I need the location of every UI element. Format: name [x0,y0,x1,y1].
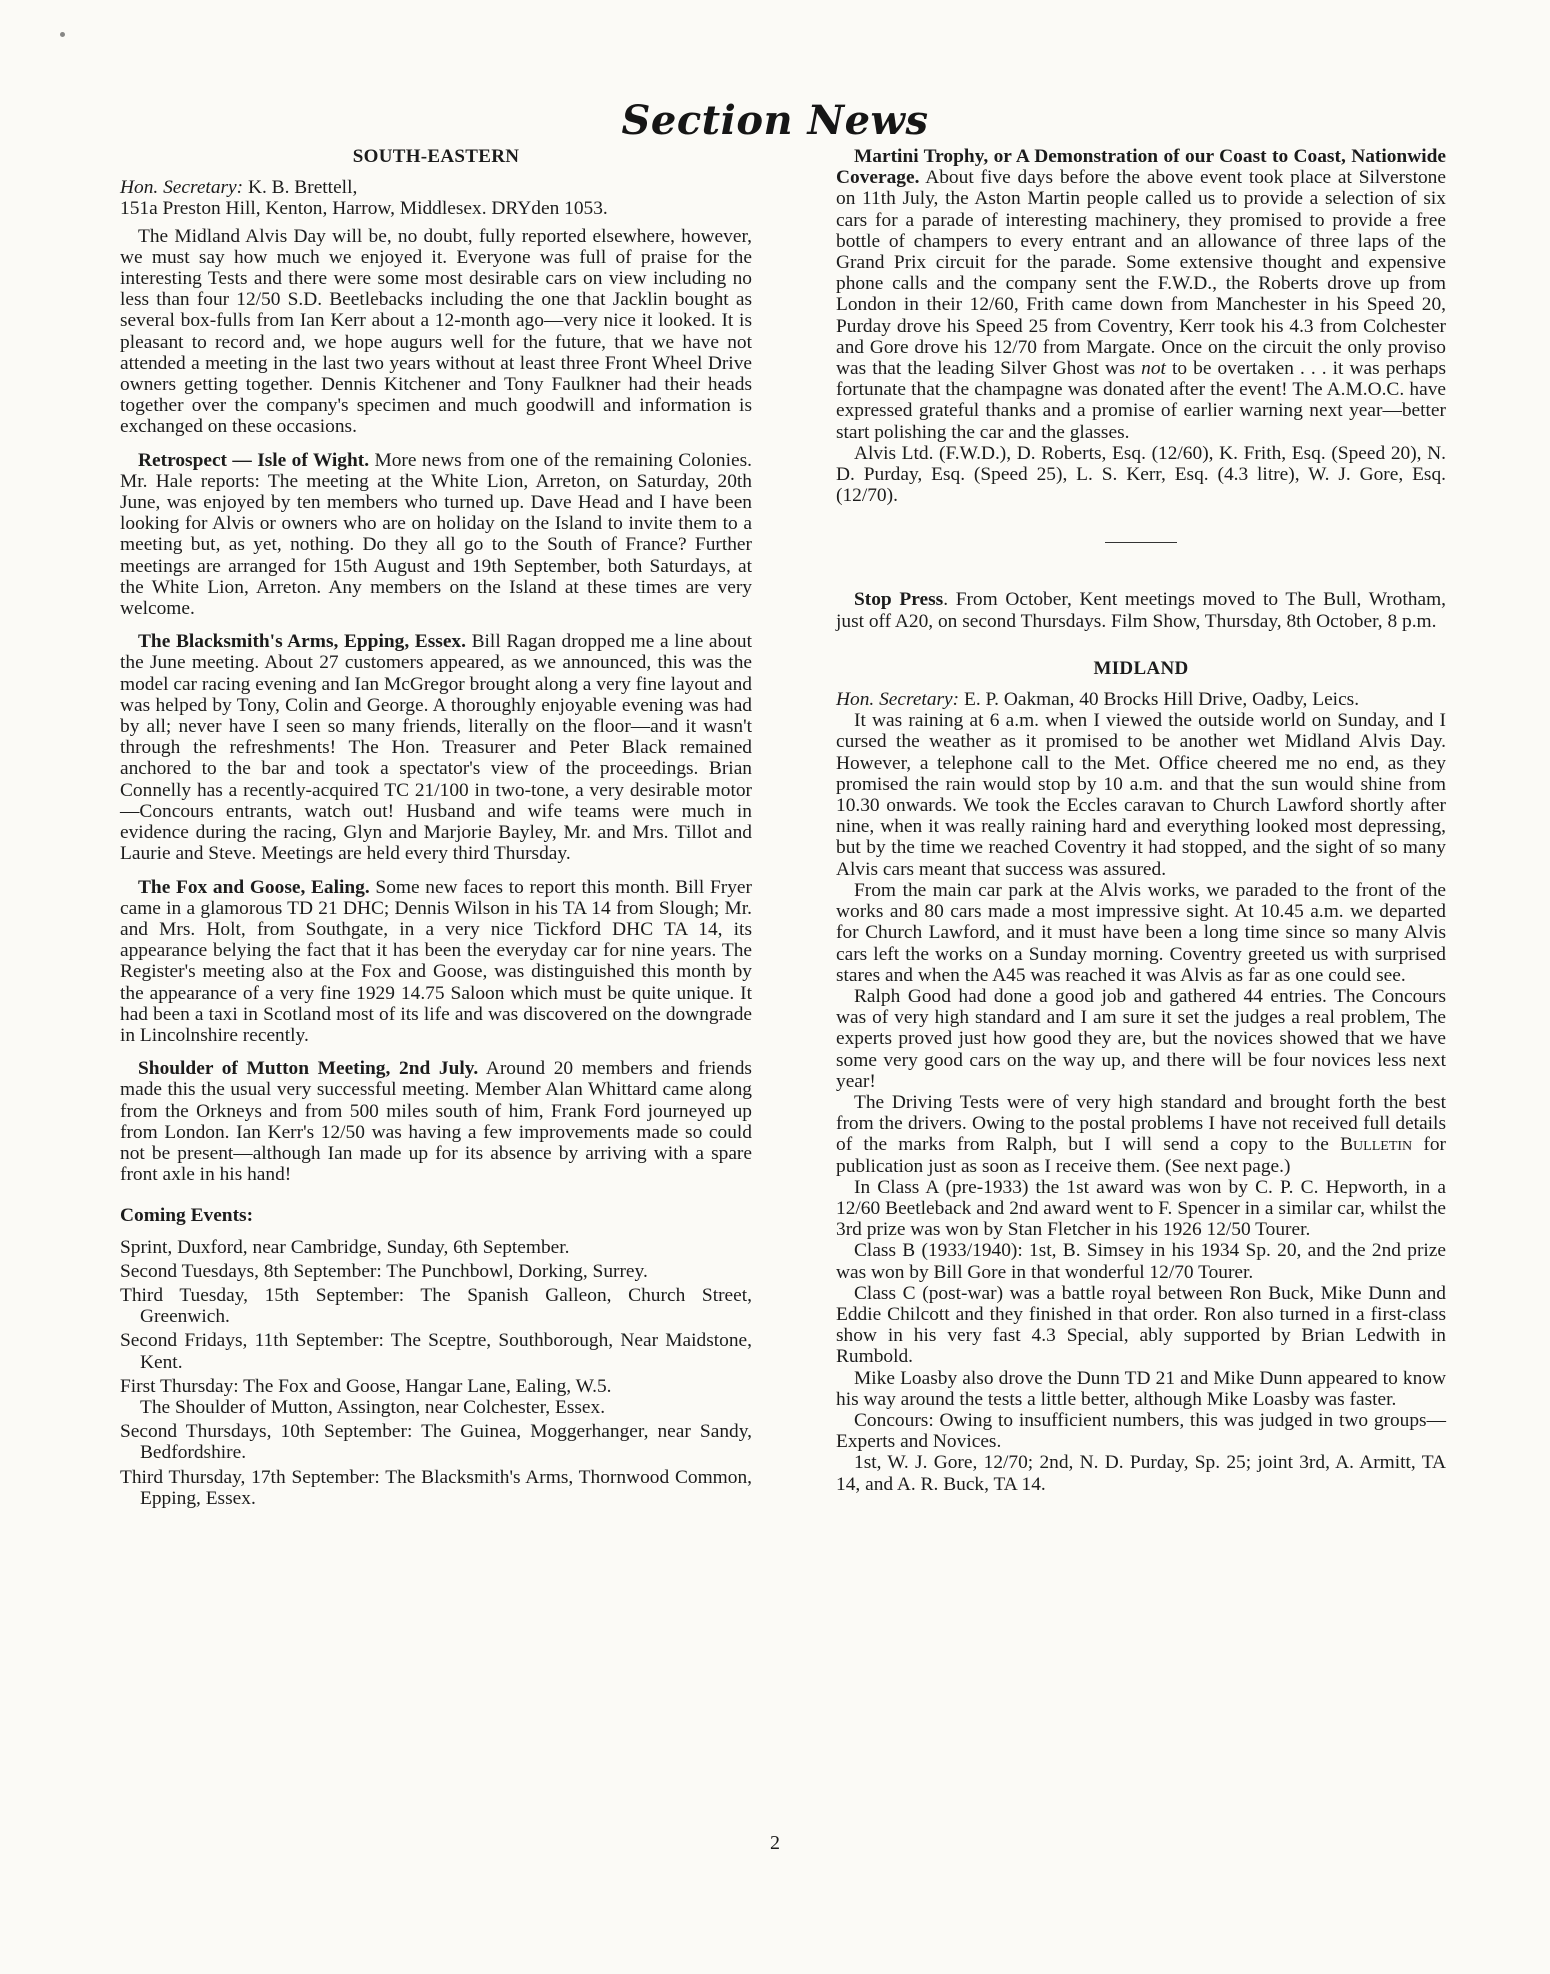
midland-secretary: Hon. Secretary: E. P. Oakman, 40 Brocks … [836,689,1446,710]
stop-press: Stop Press. From October, Kent meetings … [836,589,1446,631]
page-number: 2 [0,1832,1550,1855]
event-item: Second Tuesdays, 8th September: The Punc… [120,1261,752,1282]
stop-press-lead: Stop Press [854,589,943,610]
midland-result: Class B (1933/1940): 1st, B. Simsey in h… [836,1240,1446,1282]
article-blacksmiths-arms: The Blacksmith's Arms, Epping, Essex. Bi… [120,631,752,864]
article-body: Some new faces to report this month. Bil… [120,877,752,1046]
martini-entrants: Alvis Ltd. (F.W.D.), D. Roberts, Esq. (1… [836,443,1446,507]
midland-result: Mike Loasby also drove the Dunn TD 21 an… [836,1368,1446,1410]
section-divider [1105,542,1177,543]
midland-result: 1st, W. J. Gore, 12/70; 2nd, N. D. Purda… [836,1452,1446,1494]
article-shoulder-of-mutton: Shoulder of Mutton Meeting, 2nd July. Ar… [120,1058,752,1185]
article-body: About five days before the above event t… [836,167,1446,379]
article-body: Bill Ragan dropped me a line about the J… [120,631,752,864]
secretary-details: E. P. Oakman, 40 Brocks Hill Drive, Oadb… [959,689,1359,710]
right-column: Martini Trophy, or A Demonstration of ou… [836,146,1446,1495]
article-lead: The Blacksmith's Arms, Epping, Essex. [138,631,466,652]
emphasis-text: not [1141,358,1166,379]
section-heading-midland: MIDLAND [836,658,1446,679]
article-lead: Shoulder of Mutton Meeting, 2nd July. [138,1058,478,1079]
midland-paragraph: Ralph Good had done a good job and gathe… [836,986,1446,1092]
event-item: Second Thursdays, 10th September: The Gu… [120,1421,752,1463]
page-title: Section News [0,97,1550,144]
section-heading-south-eastern: SOUTH-EASTERN [120,146,752,167]
print-speck [60,32,65,37]
article-isle-of-wight: Retrospect — Isle of Wight. More news fr… [120,450,752,620]
event-item: Third Tuesday, 15th September: The Spani… [120,1285,752,1327]
coming-events-list: Sprint, Duxford, near Cambridge, Sunday,… [120,1237,752,1509]
bulletin-name: Bulletin [1340,1134,1412,1155]
intro-paragraph: The Midland Alvis Day will be, no doubt,… [120,226,752,438]
midland-driving-tests: The Driving Tests were of very high stan… [836,1092,1446,1177]
event-item: The Shoulder of Mutton, Assington, near … [120,1397,752,1418]
event-item: Third Thursday, 17th September: The Blac… [120,1467,752,1509]
left-column: SOUTH-EASTERN Hon. Secretary: K. B. Bret… [120,140,752,1512]
midland-paragraph: It was raining at 6 a.m. when I viewed t… [836,710,1446,880]
midland-paragraph: From the main car park at the Alvis work… [836,880,1446,986]
secretary-label: Hon. Secretary: [836,689,959,710]
secretary-label: Hon. Secretary: [120,177,243,198]
event-item: Sprint, Duxford, near Cambridge, Sunday,… [120,1237,752,1258]
midland-result: Concours: Owing to insufficient numbers,… [836,1410,1446,1452]
event-item: First Thursday: The Fox and Goose, Hanga… [120,1376,752,1397]
secretary-address: 151a Preston Hill, Kenton, Harrow, Middl… [120,198,752,219]
article-lead: The Fox and Goose, Ealing. [138,877,370,898]
article-fox-and-goose: The Fox and Goose, Ealing. Some new face… [120,877,752,1047]
article-lead: Retrospect — Isle of Wight. [138,450,369,471]
article-body: More news from one of the remaining Colo… [120,450,752,619]
secretary-name: K. B. Brettell, [243,177,357,198]
midland-result: Class C (post-war) was a battle royal be… [836,1283,1446,1368]
secretary-line: Hon. Secretary: K. B. Brettell, [120,177,752,198]
midland-result: In Class A (pre-1933) the 1st award was … [836,1177,1446,1241]
event-item: Second Fridays, 11th September: The Scep… [120,1330,752,1372]
article-martini-trophy: Martini Trophy, or A Demonstration of ou… [836,146,1446,443]
coming-events-heading: Coming Events: [120,1205,752,1226]
